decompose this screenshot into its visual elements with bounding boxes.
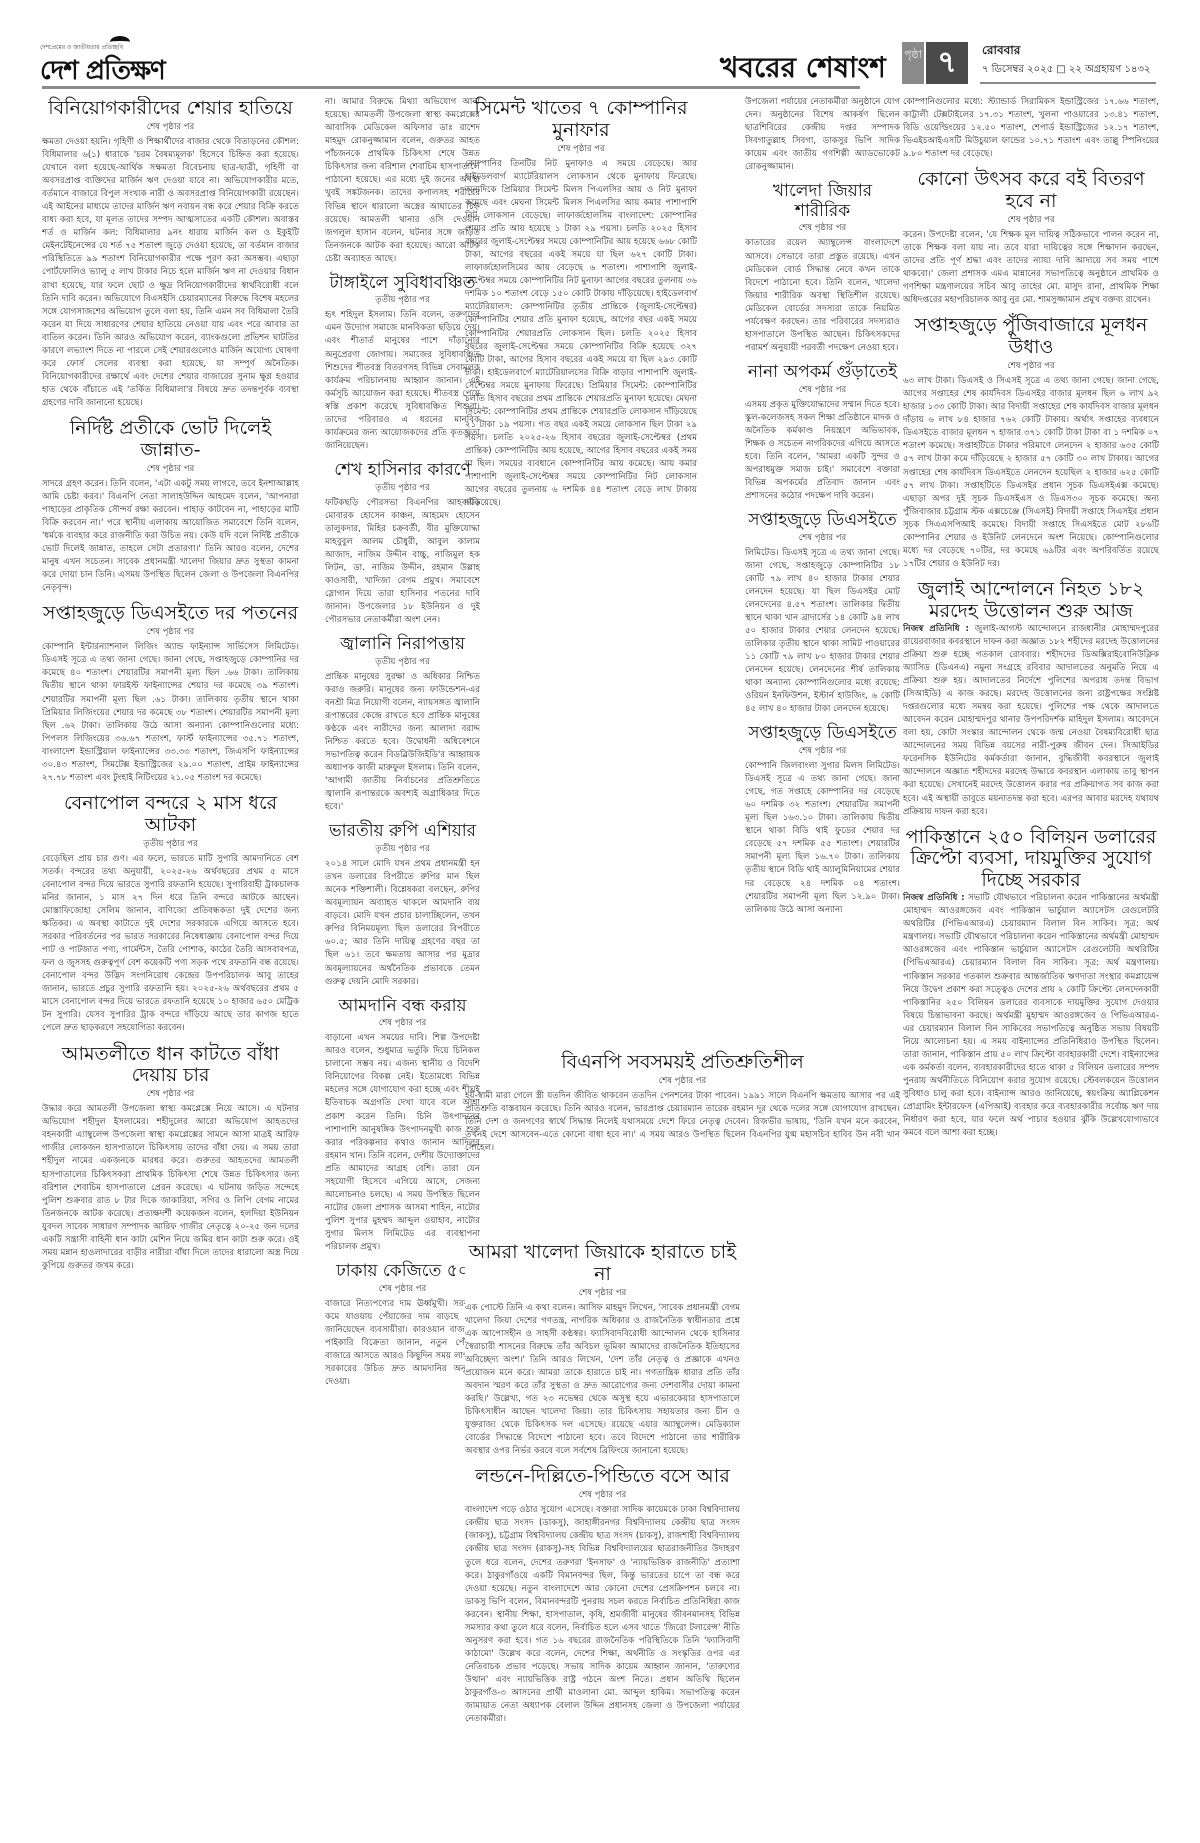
story-kicker: শেষ পৃষ্ঠার পর	[903, 213, 1159, 227]
story-kicker: শেষ পৃষ্ঠার পর	[465, 142, 697, 156]
story-headline[interactable]: বিনিয়োগকারীদের শেয়ার হাতিয়ে	[42, 98, 299, 120]
story-kicker: শেষ পৃষ্ঠার পর	[42, 1087, 299, 1101]
story-byline: নিজস্ব প্রতিনিধি :	[903, 893, 965, 903]
story-body: ৬৩ লাখ টাকা। ডিএসই ও সিএসই সূত্রে এ তথ্য…	[903, 375, 1159, 571]
column-1: বিনিয়োগকারীদের শেয়ার হাতিয়ে শেষ পৃষ্ঠ…	[42, 96, 299, 1833]
story-body: উপজেলা পর্যায়ের নেতাকর্মীরা অনুষ্ঠানে য…	[745, 96, 900, 174]
story-energy-security[interactable]: জ্বালানি নিরাপত্তায় তৃতীয় পৃষ্ঠার পর প…	[325, 635, 480, 814]
story-amtali[interactable]: আমতলীতে ধান কাটতে বাঁধা দেয়ায় চার শেষ …	[42, 1044, 299, 1274]
story-headline[interactable]: ঢাকায় কেজিতে ৫০	[325, 1262, 480, 1282]
story-market-capital[interactable]: সপ্তাহজুড়ে পুঁজিবাজারে মূলধন উধাও শেষ প…	[903, 315, 1159, 571]
logo-text: দেশ প্রতিক্ষণ	[40, 56, 165, 86]
story-kicker: শেষ পৃষ্ঠার পর	[745, 221, 900, 235]
story-body: কোম্পানিগুলোর মধ্যে: স্ট্যান্ডার্ড সিরাম…	[903, 96, 1159, 161]
story-body: ক্ষমতা দেওয়া হয়নি। গৃহিণী ও শিক্ষার্থী…	[42, 136, 299, 410]
story-headline[interactable]: সপ্তাহজুড়ে পুঁজিবাজারে মূলধন উধাও	[903, 315, 1159, 359]
story-headline[interactable]: খালেদা জিয়ার শারীরিক	[745, 182, 900, 221]
logo-swoosh-icon	[110, 36, 130, 48]
story-kicker: শেষ পৃষ্ঠার পর	[465, 1488, 740, 1502]
page-number: ৭	[926, 42, 968, 84]
story-headline[interactable]: বেনাপোল বন্দরে ২ মাস ধরে আটকা	[42, 793, 299, 837]
story-body: বেড়েছিল প্রায় চার গুণ। এর ফলে, ভারতে ম…	[42, 853, 299, 1036]
story-kicker: তৃতীয় পৃষ্ঠার পর	[325, 655, 480, 669]
story-body: কোম্পানির তিনটির নিট মুনাফাও এ সময়ে বেড…	[465, 158, 697, 511]
story-kicker: শেষ পৃষ্ঠার পর	[745, 531, 900, 545]
story-dhaka-kg[interactable]: ঢাকায় কেজিতে ৫০ শেষ পৃষ্ঠার পর বাজারে ন…	[325, 1262, 480, 1389]
story-kicker: শেষ পৃষ্ঠার পর	[325, 1016, 480, 1030]
story-body: নিজস্ব প্রতিনিধি : সভাটি যৌথভাবে পরিচালন…	[903, 892, 1159, 1140]
story-text: জুলাই-আগস্ট আন্দোলনে রাজধানীর মোহাম্মদপু…	[903, 624, 1159, 817]
story-kicker: শেষ পৃষ্ঠার পর	[325, 1282, 480, 1296]
story-headline[interactable]: কোনো উৎসব করে বই বিতরণ হবে না	[903, 169, 1159, 213]
story-headline[interactable]: সিমেন্ট খাতের ৭ কোম্পানির মুনাফার	[465, 98, 697, 142]
story-dse-gainers-cont[interactable]: কোম্পানিগুলোর মধ্যে: স্ট্যান্ডার্ড সিরাম…	[903, 96, 1159, 161]
story-london-delhi[interactable]: লন্ডনে-দিল্লিতে-পিন্ডিতে বসে আর শেষ পৃষ্…	[465, 1466, 740, 1726]
story-import-ban[interactable]: আমদানি বন্ধ করায় শেষ পৃষ্ঠার পর বাড়ানো…	[325, 997, 480, 1255]
story-headline[interactable]: শেখ হাসিনার কারণে	[325, 461, 480, 481]
story-pakistan-crypto[interactable]: পাকিস্তানে ২৫০ বিলিয়ন ডলারের ক্রিপ্টো ব…	[903, 827, 1159, 1141]
story-headline[interactable]: ভারতীয় রুপি এশিয়ার	[325, 822, 480, 842]
story-text: সভাটি যৌথভাবে পরিচালনা করেন পাকিস্তানের …	[903, 893, 1159, 1138]
story-headline[interactable]: সপ্তাহজুড়ে ডিএসইতে	[745, 511, 900, 531]
story-body: এক পোস্টে তিনি এ কথা বলেন। আসিফ মাহমুদ ল…	[465, 1302, 740, 1459]
story-kicker: তৃতীয় পৃষ্ঠার পর	[325, 293, 480, 307]
story-body: কোম্পানি ইন্টারন্যাশনাল লিজিং অ্যান্ড ফা…	[42, 641, 299, 785]
story-dse-turnover[interactable]: সপ্তাহজুড়ে ডিএসইতে শেষ পৃষ্ঠার পর লিমিট…	[745, 511, 900, 716]
story-body: ফটিকছড়ি পৌরসভা বিএনপির আহবায়ক মোবারক হ…	[325, 497, 480, 628]
story-sheikh-hasina[interactable]: শেখ হাসিনার কারণে তৃতীয় পৃষ্ঠার পর ফটিক…	[325, 461, 480, 627]
story-headline[interactable]: আমতলীতে ধান কাটতে বাঁধা দেয়ায় চার	[42, 1044, 299, 1088]
story-headline[interactable]: লন্ডনে-দিল্লিতে-পিন্ডিতে বসে আর	[465, 1466, 740, 1488]
page-label: পৃষ্ঠা	[902, 42, 924, 84]
story-indian-rupee[interactable]: ভারতীয় রুপি এশিয়ার তৃতীয় পৃষ্ঠার পর ২…	[325, 822, 480, 988]
story-body: এসময় প্রকৃত মুক্তিযোদ্ধাদের সম্মান দিতে…	[745, 399, 900, 504]
story-vote-symbol[interactable]: নির্দিষ্ট প্রতীকে ভোট দিলেই জান্নাত- শেষ…	[42, 418, 299, 595]
story-body: কোম্পানি জিলবাংলা সুগার মিলস লিমিটেড। ডি…	[745, 760, 900, 917]
story-investors-shares[interactable]: বিনিয়োগকারীদের শেয়ার হাতিয়ে শেষ পৃষ্ঠ…	[42, 98, 299, 410]
story-kicker: শেষ পৃষ্ঠার পর	[42, 625, 299, 639]
date-rule	[980, 82, 1156, 84]
story-headline[interactable]: সপ্তাহজুড়ে ডিএসইতে দর পতনের	[42, 603, 299, 625]
story-kicker: তৃতীয় পৃষ্ঠার পর	[325, 842, 480, 856]
story-kicker: শেষ পৃষ্ঠার পর	[745, 383, 900, 397]
story-book-distribution[interactable]: কোনো উৎসব করে বই বিতরণ হবে না শেষ পৃষ্ঠা…	[903, 169, 1159, 307]
story-body: বাংলাদেশ গড়ে ওঠার সুযোগ এসেছে। বক্তারা …	[465, 1504, 740, 1726]
column-2: না। আমার বিরুদ্ধে মিথ্যা অভিযোগ আনা হয়ে…	[325, 96, 480, 1833]
masthead: দেশপ্রেমের ও জাতীয়তার প্রতিচ্ছবি দেশ প্…	[40, 40, 1160, 84]
story-body: বাড়ানো এখন সময়ের দাবি। শিল্প উপদেষ্টা …	[325, 1032, 480, 1254]
story-dse-gainers[interactable]: সপ্তাহজুড়ে ডিএসইতে শেষ পৃষ্ঠার পর কোম্প…	[745, 724, 900, 916]
story-headline[interactable]: আমরা খালেদা জিয়াকে হারাতে চাই না	[465, 1242, 740, 1286]
story-headline[interactable]: সপ্তাহজুড়ে ডিএসইতে	[745, 724, 900, 744]
story-body: হৃৎ শহিদুল ইসলাম। তিনি বলেন, তরুণদের এমন…	[325, 309, 480, 453]
story-kicker: তৃতীয় পৃষ্ঠার পর	[42, 837, 299, 851]
story-headline[interactable]: জুলাই আন্দোলনে নিহত ১৮২ মরদেহ উত্তোলন শু…	[903, 579, 1159, 623]
column-4: উপজেলা পর্যায়ের নেতাকর্মীরা অনুষ্ঠানে য…	[745, 96, 900, 1833]
header-rule	[42, 86, 662, 89]
story-headline[interactable]: জ্বালানি নিরাপত্তায়	[325, 635, 480, 655]
story-headline[interactable]: আমদানি বন্ধ করায়	[325, 997, 480, 1017]
story-event-cont[interactable]: উপজেলা পর্যায়ের নেতাকর্মীরা অনুষ্ঠানে য…	[745, 96, 900, 174]
story-misdeeds[interactable]: নানা অপকর্ম গুঁড়াতেই শেষ পৃষ্ঠার পর এসম…	[745, 363, 900, 503]
story-body: না। আমার বিরুদ্ধে মিথ্যা অভিযোগ আনা হয়ে…	[325, 96, 480, 266]
story-kicker: শেষ পৃষ্ঠার পর	[465, 1286, 740, 1300]
story-body: সাদরে গ্রহণ করেন। তিনি বলেন, 'এটা একটু স…	[42, 478, 299, 596]
story-body: উদ্ধার করে আমতলী উপজেলা স্বাস্থ্য কমপ্লে…	[42, 1103, 299, 1273]
story-dont-want-lose-khaleda[interactable]: আমরা খালেদা জিয়াকে হারাতে চাই না শেষ পৃ…	[465, 1242, 740, 1458]
column-5: কোম্পানিগুলোর মধ্যে: স্ট্যান্ডার্ড সিরাম…	[903, 96, 1159, 1833]
story-kicker: শেষ পৃষ্ঠার পর	[42, 462, 299, 476]
story-body: কাতারের রয়েল অ্যাম্বুলেন্স বাংলাদেশে আস…	[745, 237, 900, 355]
story-july-exhumation[interactable]: জুলাই আন্দোলনে নিহত ১৮২ মরদেহ উত্তোলন শু…	[903, 579, 1159, 819]
middle-khaleda-block: আমরা খালেদা জিয়াকে হারাতে চাই না শেষ পৃ…	[465, 1240, 740, 1840]
story-dse-fall[interactable]: সপ্তাহজুড়ে ডিএসইতে দর পতনের শেষ পৃষ্ঠার…	[42, 603, 299, 785]
story-khaleda-health[interactable]: খালেদা জিয়ার শারীরিক শেষ পৃষ্ঠার পর কাত…	[745, 182, 900, 355]
story-headline[interactable]: নানা অপকর্ম গুঁড়াতেই	[745, 363, 900, 383]
story-body: করেন। উপদেষ্টা বলেন, 'যে শিক্ষক মূল দায়…	[903, 229, 1159, 307]
story-benapole[interactable]: বেনাপোল বন্দরে ২ মাস ধরে আটকা তৃতীয় পৃষ…	[42, 793, 299, 1036]
story-byline: নিজস্ব প্রতিনিধি :	[903, 624, 969, 634]
story-headline[interactable]: পাকিস্তানে ২৫০ বিলিয়ন ডলারের ক্রিপ্টো ব…	[903, 827, 1159, 893]
story-body: নিজস্ব প্রতিনিধি : জুলাই-আগস্ট আন্দোলনে …	[903, 623, 1159, 819]
issue-date: ৭ ডিসেম্বর ২০২৫ □ ২২ অগ্রহায়ণ ১৪৩২	[982, 62, 1150, 79]
story-kicker: শেষ পৃষ্ঠার পর	[42, 120, 299, 134]
story-headline[interactable]: টাঙ্গাইলে সুবিধাবঞ্চিত	[325, 274, 480, 294]
story-kicker: তৃতীয় পৃষ্ঠার পর	[325, 481, 480, 495]
story-headline[interactable]: নির্দিষ্ট প্রতীকে ভোট দিলেই জান্নাত-	[42, 418, 299, 462]
story-body: ২০১৪ সালে মোদি যখন প্রথম প্রধানমন্ত্রী হ…	[325, 858, 480, 989]
story-kicker: শেষ পৃষ্ঠার পর	[903, 359, 1159, 373]
story-body: প্রান্তিক মানুষের সুরক্ষা ও অধিকার নিশ্চ…	[325, 671, 480, 815]
story-cement-profit[interactable]: সিমেন্ট খাতের ৭ কোম্পানির মুনাফার শেষ পৃ…	[465, 98, 697, 510]
header-rule	[620, 86, 860, 89]
story-kicker: শেষ পৃষ্ঠার পর	[745, 744, 900, 758]
story-tangail[interactable]: টাঙ্গাইলে সুবিধাবঞ্চিত তৃতীয় পৃষ্ঠার পর…	[325, 274, 480, 453]
issue-day: রোববার	[982, 42, 1020, 62]
story-body: লিমিটেড। ডিএসই সূত্রে এ তথ্য জানা গেছে। …	[745, 547, 900, 717]
story-body: বাজারে নিত্যপণ্যের দাম ঊর্ধ্বমুখী। সরবরা…	[325, 1298, 480, 1389]
story-amtali-cont[interactable]: না। আমার বিরুদ্ধে মিথ্যা অভিযোগ আনা হয়ে…	[325, 96, 480, 266]
